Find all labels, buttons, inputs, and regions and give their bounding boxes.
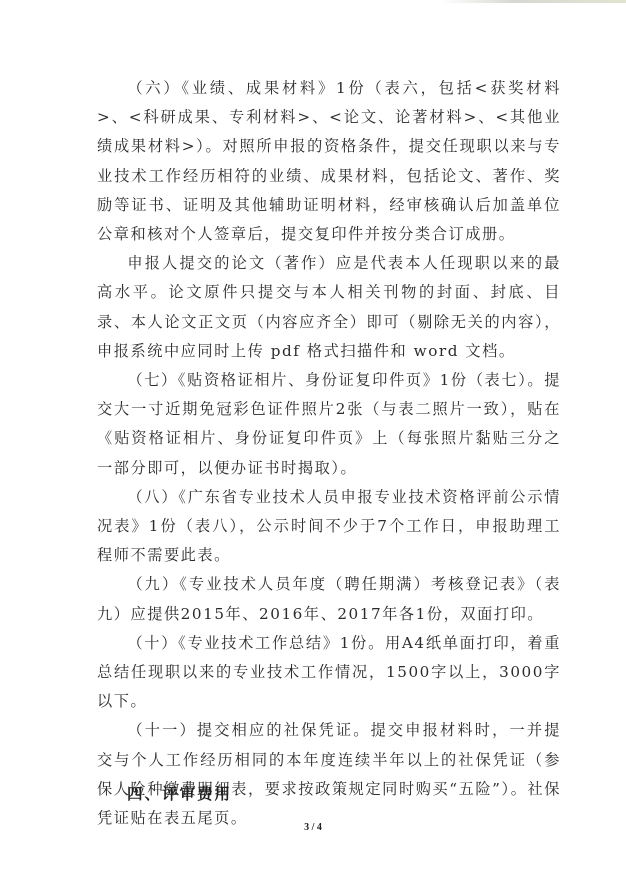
paragraph-item-9-assessment: （九）《专业技术人员年度（聘任期满）考核登记表》（表九）应提供2015年、201… bbox=[97, 570, 561, 628]
paragraph-papers-requirement: 申报人提交的论文（著作）应是代表本人任现职以来的最高水平。论文原件只提交与本人相… bbox=[97, 249, 561, 366]
scan-edge-shadow bbox=[440, 0, 626, 3]
paragraph-item-7-photo-id: （七）《贴资格证相片、身份证复印件页》1份（表七）。提交大一寸近期免冠彩色证件照… bbox=[97, 366, 561, 483]
document-body: （六）《业绩、成果材料》1份（表六，包括<获奖材料>、<科研成果、专利材料>、<… bbox=[97, 74, 561, 833]
paragraph-item-6-achievements: （六）《业绩、成果材料》1份（表六，包括<获奖材料>、<科研成果、专利材料>、<… bbox=[97, 74, 561, 249]
section-heading-review-fees: 四、评审费用 bbox=[127, 782, 232, 804]
paragraph-item-11-social-security: （十一）提交相应的社保凭证。提交申报材料时，一并提交与个人工作经历相同的本年度连… bbox=[97, 716, 561, 833]
page-number: 3 / 4 bbox=[0, 822, 626, 833]
paragraph-item-8-publicity: （八）《广东省专业技术人员申报专业技术资格评前公示情况表》1份（表八），公示时间… bbox=[97, 483, 561, 571]
paragraph-item-10-summary: （十）《专业技术工作总结》1份。用A4纸单面打印，着重总结任现职以来的专业技术工… bbox=[97, 629, 561, 717]
